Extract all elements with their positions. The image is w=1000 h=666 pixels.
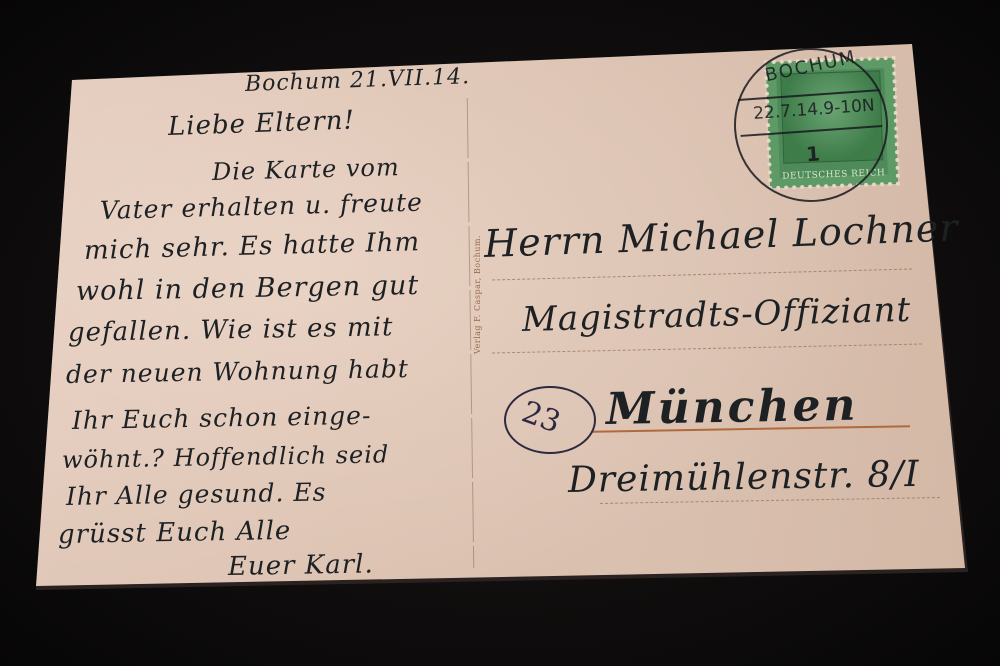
message-line: wohl in den Bergen gut	[76, 270, 420, 307]
message-line: wöhnt.? Hoffendlich seid	[62, 440, 390, 474]
message-line: grüsst Euch Alle	[58, 516, 292, 550]
message-line: Ihr Alle gesund. Es	[66, 477, 327, 511]
signature: Euer Karl.	[228, 549, 374, 582]
message-line: gefallen. Wie ist es mit	[68, 312, 394, 348]
message-line: Ihr Euch schon einge-	[72, 401, 372, 435]
recipient-city: München	[606, 380, 859, 435]
district-number: 23	[517, 395, 565, 441]
message-line: Die Karte vom	[212, 153, 400, 186]
publisher-imprint: Verlag F. Caspar, Bochum.	[473, 235, 482, 354]
postmark-date: 22.7.14.9-10N	[748, 95, 879, 124]
recipient-street: Dreimühlenstr. 8/I	[568, 454, 920, 501]
postmark-office: 1	[805, 141, 821, 166]
district-mark: 23	[504, 386, 596, 454]
message-line: der neuen Wohnung habt	[66, 354, 409, 389]
postmark-bar	[741, 125, 883, 137]
